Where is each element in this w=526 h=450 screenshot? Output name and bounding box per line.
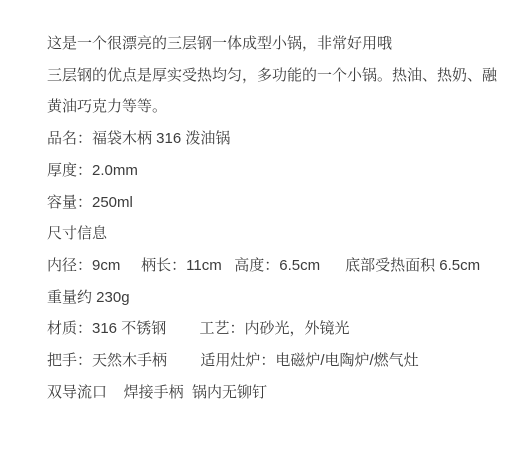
spec-line-handle-stoves: 把手：天然木手柄 适用灶炉：电磁炉/电陶炉/燃气灶 <box>47 345 498 377</box>
intro-line-2: 三层钢的优点是厚实受热均匀，多功能的一个小锅。热油、热奶、融 <box>47 60 498 92</box>
spec-line-material-finish: 材质：316 不锈钢 工艺：内砂光，外镜光 <box>47 313 498 345</box>
spec-line-weight: 重量约 230g <box>47 282 498 314</box>
spec-line-features: 双导流口 焊接手柄 锅内无铆钉 <box>47 377 498 409</box>
spec-line-dimensions: 内径：9cm 柄长：11cm 高度：6.5cm 底部受热面积 6.5cm <box>47 250 498 282</box>
section-title-dimensions: 尺寸信息 <box>47 218 498 250</box>
intro-line-1: 这是一个很漂亮的三层钢一体成型小锅，非常好用哦 <box>47 28 498 60</box>
intro-line-3: 黄油巧克力等等。 <box>47 91 498 123</box>
spec-line-product-name: 品名：福袋木柄 316 泼油锅 <box>47 123 498 155</box>
spec-line-capacity: 容量：250ml <box>47 187 498 219</box>
spec-line-thickness: 厚度：2.0mm <box>47 155 498 187</box>
product-description: 这是一个很漂亮的三层钢一体成型小锅，非常好用哦 三层钢的优点是厚实受热均匀，多功… <box>0 0 526 450</box>
